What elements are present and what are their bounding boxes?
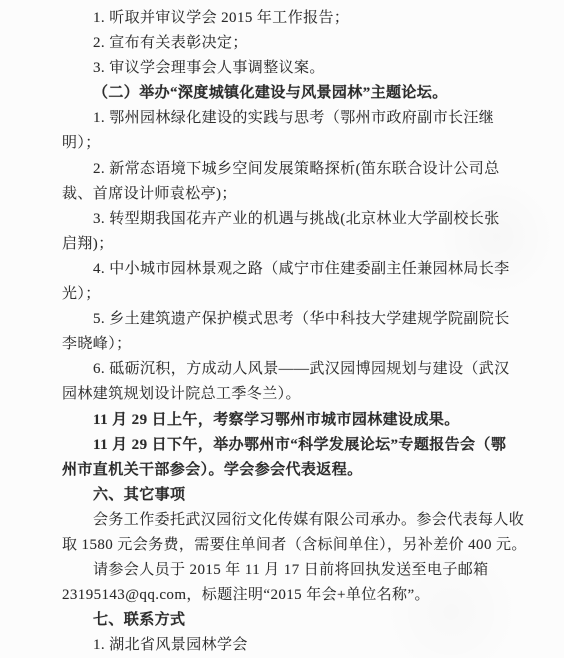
doc-line-talk-6b: 园林建筑规划设计院总工季冬兰）。 [62,382,514,407]
doc-line-reply-a: 请参会人员于 2015 年 11 月 17 日前将回执发送至电子邮箱 [62,558,514,583]
doc-line-schedule-morning: 11 月 29 日上午，考察学习鄂州市城市园林建设成果。 [62,408,514,433]
doc-line-talk-3a: 3. 转型期我国花卉产业的机遇与挑战(北京林业大学副校长张 [62,207,514,232]
doc-line-talk-2b: 裁、首席设计师袁松亭)； [62,182,514,207]
doc-line-fee-b: 取 1580 元会务费，需要住单间者（含标间单住），另补差价 400 元。 [62,533,514,558]
doc-line-talk-3b: 启翔)； [62,232,514,257]
doc-line-reply-email: 23195143@qq.com，标题注明“2015 年会+单位名称”。 [62,583,514,608]
document-page: 1. 听取并审议学会 2015 年工作报告； 2. 宣布有关表彰决定； 3. 审… [0,0,564,658]
section-heading-contact: 七、联系方式 [62,608,514,633]
doc-line-agenda-item-2: 2. 宣布有关表彰决定； [62,31,514,56]
doc-line-talk-4a: 4. 中小城市园林景观之路（咸宁市住建委副主任兼园林局长李 [62,257,514,282]
doc-line-agenda-item-3: 3. 审议学会理事会人事调整议案。 [62,56,514,81]
doc-line-talk-5b: 李晓峰）； [62,332,514,357]
section-heading-forum: （二）举办“深度城镇化建设与风景园林”主题论坛。 [62,81,514,106]
doc-line-schedule-afternoon-b: 州市直机关干部参会）。学会参会代表返程。 [62,458,514,483]
doc-line-talk-2a: 2. 新常态语境下城乡空间发展策略探析(笛东联合设计公司总 [62,157,514,182]
doc-line-fee-a: 会务工作委托武汉园衍文化传媒有限公司承办。参会代表每人收 [62,508,514,533]
doc-line-talk-6a: 6. 砥砺沉积，方成动人风景——武汉园博园规划与建设（武汉 [62,357,514,382]
section-heading-other-matters: 六、其它事项 [62,483,514,508]
doc-line-talk-1b: 明）； [62,131,514,156]
doc-line-contact-org-1: 1. 湖北省风景园林学会 [62,633,514,658]
doc-line-talk-4b: 光）； [62,282,514,307]
doc-line-agenda-item-1: 1. 听取并审议学会 2015 年工作报告； [62,6,514,31]
doc-line-talk-1a: 1. 鄂州园林绿化建设的实践与思考（鄂州市政府副市长汪继 [62,106,514,131]
doc-line-talk-5a: 5. 乡土建筑遗产保护模式思考（华中科技大学建规学院副院长 [62,307,514,332]
doc-line-schedule-afternoon-a: 11 月 29 日下午，举办鄂州市“科学发展论坛”专题报告会（鄂 [62,433,514,458]
